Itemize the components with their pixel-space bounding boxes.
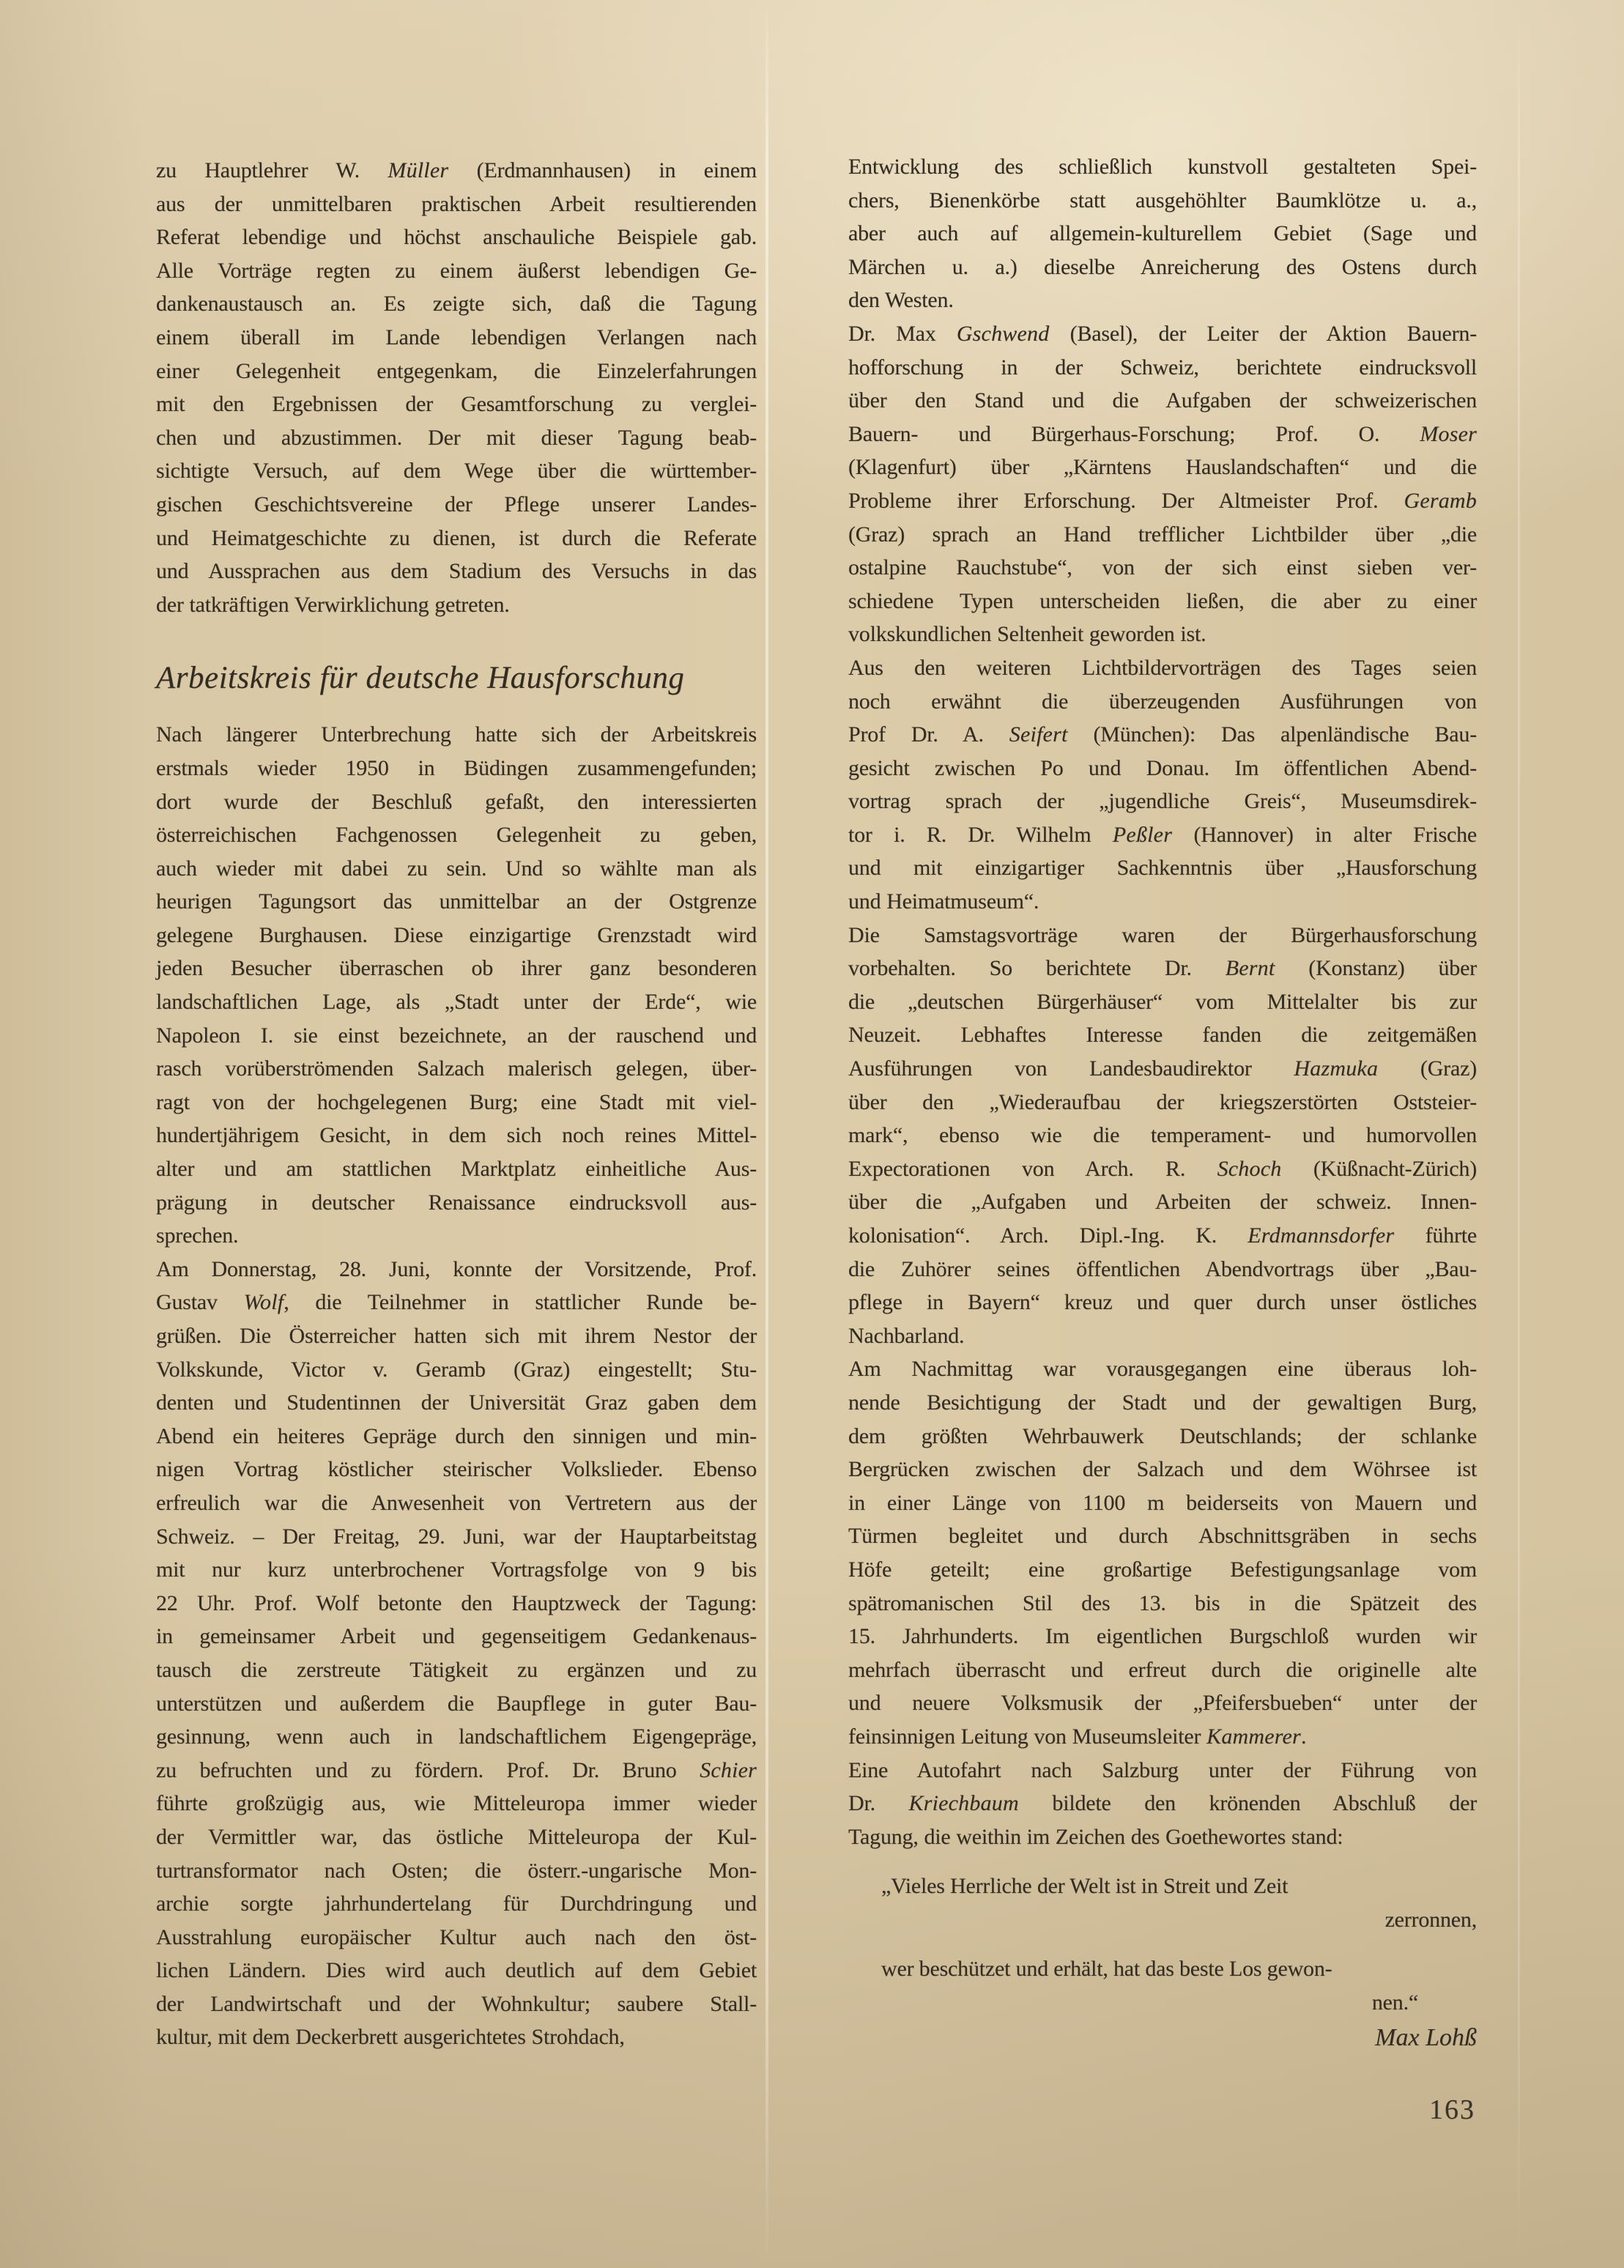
text-line: Probleme ihrer Erforschung. Der Altmeist…: [848, 484, 1477, 518]
text-line: vorbehalten. So berichtete Dr. Bernt (Ko…: [848, 952, 1477, 985]
text-line: Türmen begleitet und durch Abschnittsgrä…: [848, 1519, 1477, 1553]
text-line: Tagung, die weithin im Zeichen des Goeth…: [848, 1820, 1477, 1854]
text-line: aus der unmittelbaren praktischen Arbeit…: [156, 188, 757, 221]
text-line: Prof Dr. A. Seifert (München): Das alpen…: [848, 718, 1477, 752]
paragraph: Entwicklung des schließlich kunstvoll ge…: [848, 150, 1477, 317]
text-line: und neuere Volksmusik der „Pfeifersbuebe…: [848, 1686, 1477, 1720]
text-line: Schweiz. – Der Freitag, 29. Juni, war de…: [156, 1520, 757, 1554]
text-line: rasch vorüberströmenden Salzach malerisc…: [156, 1052, 757, 1086]
text-line: österreichischen Fachgenossen Gelegenhei…: [156, 818, 757, 852]
text-line: ragt von der hochgelegenen Burg; eine St…: [156, 1086, 757, 1119]
text-line: dem größten Wehrbauwerk Deutschlands; de…: [848, 1420, 1477, 1453]
text-line: nende Besichtigung der Stadt und der gew…: [848, 1386, 1477, 1420]
text-line: über die „Aufgaben und Arbeiten der schw…: [848, 1185, 1477, 1219]
text-line: Napoleon I. sie einst bezeichnete, an de…: [156, 1019, 757, 1053]
text-line: 15. Jahrhunderts. Im eigentlichen Burgsc…: [848, 1620, 1477, 1653]
text-line: Gustav Wolf, die Teilnehmer in stattlich…: [156, 1286, 757, 1319]
text-line: den Westen.: [848, 283, 1477, 317]
text-line: (Graz) sprach an Hand trefflicher Lichtb…: [848, 518, 1477, 552]
text-line: 22 Uhr. Prof. Wolf betonte den Hauptzwec…: [156, 1587, 757, 1620]
text-line: Ausführungen von Landesbaudirektor Hazmu…: [848, 1052, 1477, 1086]
quote-line: zerronnen,: [848, 1903, 1477, 1937]
text-line: Nachbarland.: [848, 1319, 1477, 1353]
text-line: prägung in deutscher Renaissance eindruc…: [156, 1186, 757, 1220]
text-line: erstmals wieder 1950 in Büdingen zusamme…: [156, 752, 757, 785]
text-line: heurigen Tagungsort das unmittelbar an d…: [156, 885, 757, 919]
text-line: mit den Ergebnissen der Gesamtforschung …: [156, 388, 757, 421]
text-line: unterstützen und außerdem die Baupflege …: [156, 1687, 757, 1721]
text-line: sprechen.: [156, 1219, 757, 1253]
text-line: tor i. R. Dr. Wilhelm Peßler (Hannover) …: [848, 818, 1477, 852]
text-line: tausch die zerstreute Tätigkeit zu ergän…: [156, 1653, 757, 1687]
text-line: (Klagenfurt) über „Kärntens Hauslandscha…: [848, 451, 1477, 484]
text-line: über den Stand und die Aufgaben der schw…: [848, 384, 1477, 418]
text-line: die „deutschen Bürgerhäuser“ vom Mittela…: [848, 985, 1477, 1019]
text-line: spätromanischen Stil des 13. bis in die …: [848, 1587, 1477, 1620]
text-line: vortrag sprach der „jugendliche Greis“, …: [848, 785, 1477, 818]
text-line: führte großzügig aus, wie Mitteleuropa i…: [156, 1787, 757, 1820]
text-line: alter und am stattlichen Marktplatz einh…: [156, 1152, 757, 1186]
text-line: Neuzeit. Lebhaftes Interesse fanden die …: [848, 1018, 1477, 1052]
goethe-quote: „Vieles Herrliche der Welt ist in Streit…: [848, 1869, 1477, 2019]
text-line: pflege in Bayern“ kreuz und quer durch u…: [848, 1286, 1477, 1319]
paragraph: Eine Autofahrt nach Salzburg unter der F…: [848, 1754, 1477, 1854]
text-line: gesicht zwischen Po und Donau. Im öffent…: [848, 752, 1477, 785]
paragraph: Am Nachmittag war vorausgegangen eine üb…: [848, 1352, 1477, 1753]
paragraph: Am Donnerstag, 28. Juni, konnte der Vors…: [156, 1253, 757, 2054]
paragraph: zu Hauptlehrer W. Müller (Erdmannhausen)…: [156, 154, 757, 621]
text-line: mehrfach überrascht und erfreut durch di…: [848, 1653, 1477, 1687]
text-line: turtransformator nach Osten; die österr.…: [156, 1854, 757, 1888]
scan-crease-line: [765, 0, 768, 2268]
text-line: Aus den weiteren Lichtbildervorträgen de…: [848, 651, 1477, 685]
text-line: gischen Geschichtsvereine der Pflege uns…: [156, 488, 757, 522]
text-line: chers, Bienenkörbe statt ausgehöhlter Ba…: [848, 184, 1477, 218]
text-line: Alle Vorträge regten zu einem äußerst le…: [156, 254, 757, 288]
text-line: gelegene Burghausen. Diese einzigartige …: [156, 919, 757, 952]
text-line: und mit einzigartiger Sachkenntnis über …: [848, 851, 1477, 885]
text-line: und Heimatgeschichte zu dienen, ist durc…: [156, 522, 757, 555]
text-line: zu befruchten und zu fördern. Prof. Dr. …: [156, 1754, 757, 1787]
section-heading: Arbeitskreis für deutsche Hausforschung: [156, 658, 757, 699]
text-line: Bauern- und Bürgerhaus-Forschung; Prof. …: [848, 418, 1477, 451]
text-line: mark“, ebenso wie die temperament- und h…: [848, 1119, 1477, 1152]
text-line: der Landwirtschaft und der Wohnkultur; s…: [156, 1987, 757, 2021]
page-number: 163: [848, 2094, 1477, 2126]
text-line: Höfe geteilt; eine großartige Befestigun…: [848, 1553, 1477, 1587]
text-line: Am Donnerstag, 28. Juni, konnte der Vors…: [156, 1253, 757, 1286]
text-line: Bergrücken zwischen der Salzach und dem …: [848, 1453, 1477, 1486]
text-line: über den „Wiederaufbau der kriegszerstör…: [848, 1086, 1477, 1119]
text-line: hundertjährigem Gesicht, in dem sich noc…: [156, 1119, 757, 1152]
text-line: Entwicklung des schließlich kunstvoll ge…: [848, 150, 1477, 184]
text-line: dankenaustausch an. Es zeigte sich, daß …: [156, 287, 757, 321]
quote-line: „Vieles Herrliche der Welt ist in Streit…: [848, 1869, 1477, 1903]
text-line: Expectorationen von Arch. R. Schoch (Küß…: [848, 1152, 1477, 1186]
text-line: Referat lebendige und höchst anschaulich…: [156, 220, 757, 254]
text-line: Märchen u. a.) dieselbe Anreicherung des…: [848, 251, 1477, 284]
right-column: Entwicklung des schließlich kunstvoll ge…: [848, 150, 1477, 2126]
left-column: zu Hauptlehrer W. Müller (Erdmannhausen)…: [156, 154, 757, 2054]
text-line: und Heimatmuseum“.: [848, 885, 1477, 919]
text-line: und Aussprachen aus dem Stadium des Vers…: [156, 555, 757, 588]
text-line: denten und Studentinnen der Universität …: [156, 1386, 757, 1420]
text-line: jeden Besucher überraschen ob ihrer ganz…: [156, 952, 757, 985]
scanned-page: zu Hauptlehrer W. Müller (Erdmannhausen)…: [0, 0, 1624, 2268]
text-line: Abend ein heiteres Gepräge durch den sin…: [156, 1420, 757, 1453]
text-line: Dr. Kriechbaum bildete den krönenden Abs…: [848, 1787, 1477, 1820]
scan-crease-line-right: [1518, 0, 1520, 2268]
text-line: chen und abzustimmen. Der mit dieser Tag…: [156, 421, 757, 455]
text-line: landschaftlichen Lage, als „Stadt unter …: [156, 985, 757, 1019]
text-line: volkskundlichen Seltenheit geworden ist.: [848, 618, 1477, 651]
paragraph: Dr. Max Gschwend (Basel), der Leiter der…: [848, 317, 1477, 651]
text-line: die Zuhörer seines öffentlichen Abendvor…: [848, 1253, 1477, 1286]
text-line: auch wieder mit dabei zu sein. Und so wä…: [156, 852, 757, 886]
text-line: nigen Vortrag köstlicher steirischer Vol…: [156, 1453, 757, 1486]
text-line: lichen Ländern. Dies wird auch deutlich …: [156, 1954, 757, 1987]
text-line: der tatkräftigen Verwirklichung getreten…: [156, 588, 757, 622]
text-line: gesinnung, wenn auch in landschaftlichem…: [156, 1720, 757, 1754]
text-line: der Vermittler war, das östliche Mittele…: [156, 1820, 757, 1854]
text-line: aber auch auf allgemein-kulturellem Gebi…: [848, 217, 1477, 251]
quote-line: wer beschützet und erhält, hat das beste…: [848, 1952, 1477, 1986]
text-line: feinsinnigen Leitung von Museumsleiter K…: [848, 1720, 1477, 1754]
text-line: schiedene Typen unterscheiden ließen, di…: [848, 585, 1477, 618]
text-line: erfreulich war die Anwesenheit von Vertr…: [156, 1486, 757, 1520]
text-line: in einer Länge von 1100 m beiderseits vo…: [848, 1486, 1477, 1520]
text-line: hofforschung in der Schweiz, berichtete …: [848, 351, 1477, 385]
text-line: Dr. Max Gschwend (Basel), der Leiter der…: [848, 317, 1477, 351]
text-line: sichtigte Versuch, auf dem Wege über die…: [156, 454, 757, 488]
text-line: grüßen. Die Österreicher hatten sich mit…: [156, 1319, 757, 1353]
quote-line: nen.“: [848, 1986, 1477, 2020]
paragraph: Nach längerer Unterbrechung hatte sich d…: [156, 718, 757, 1253]
text-line: noch erwähnt die überzeugenden Ausführun…: [848, 685, 1477, 719]
text-line: Am Nachmittag war vorausgegangen eine üb…: [848, 1352, 1477, 1386]
text-line: zu Hauptlehrer W. Müller (Erdmannhausen)…: [156, 154, 757, 188]
text-line: in gemeinsamer Arbeit und gegenseitigem …: [156, 1620, 757, 1653]
text-line: Ausstrahlung europäischer Kultur auch na…: [156, 1921, 757, 1954]
text-line: Nach längerer Unterbrechung hatte sich d…: [156, 718, 757, 752]
author-signature: Max Lohß: [848, 2021, 1477, 2054]
text-line: Eine Autofahrt nach Salzburg unter der F…: [848, 1754, 1477, 1787]
text-line: dort wurde der Beschluß gefaßt, den inte…: [156, 785, 757, 819]
text-line: Volkskunde, Victor v. Geramb (Graz) eing…: [156, 1353, 757, 1387]
text-line: kolonisation“. Arch. Dipl.-Ing. K. Erdma…: [848, 1219, 1477, 1253]
text-line: kultur, mit dem Deckerbrett ausgerichtet…: [156, 2020, 757, 2054]
text-line: Die Samstagsvorträge waren der Bürgerhau…: [848, 919, 1477, 952]
paragraph: Aus den weiteren Lichtbildervorträgen de…: [848, 651, 1477, 919]
text-line: einem überall im Lande lebendigen Verlan…: [156, 321, 757, 355]
text-line: mit nur kurz unterbrochener Vortragsfolg…: [156, 1553, 757, 1587]
text-line: archie sorgte jahrhundertelang für Durch…: [156, 1887, 757, 1921]
text-line: ostalpine Rauchstube“, von der sich eins…: [848, 551, 1477, 585]
paragraph: Die Samstagsvorträge waren der Bürgerhau…: [848, 919, 1477, 1353]
text-line: einer Gelegenheit entgegenkam, die Einze…: [156, 355, 757, 388]
